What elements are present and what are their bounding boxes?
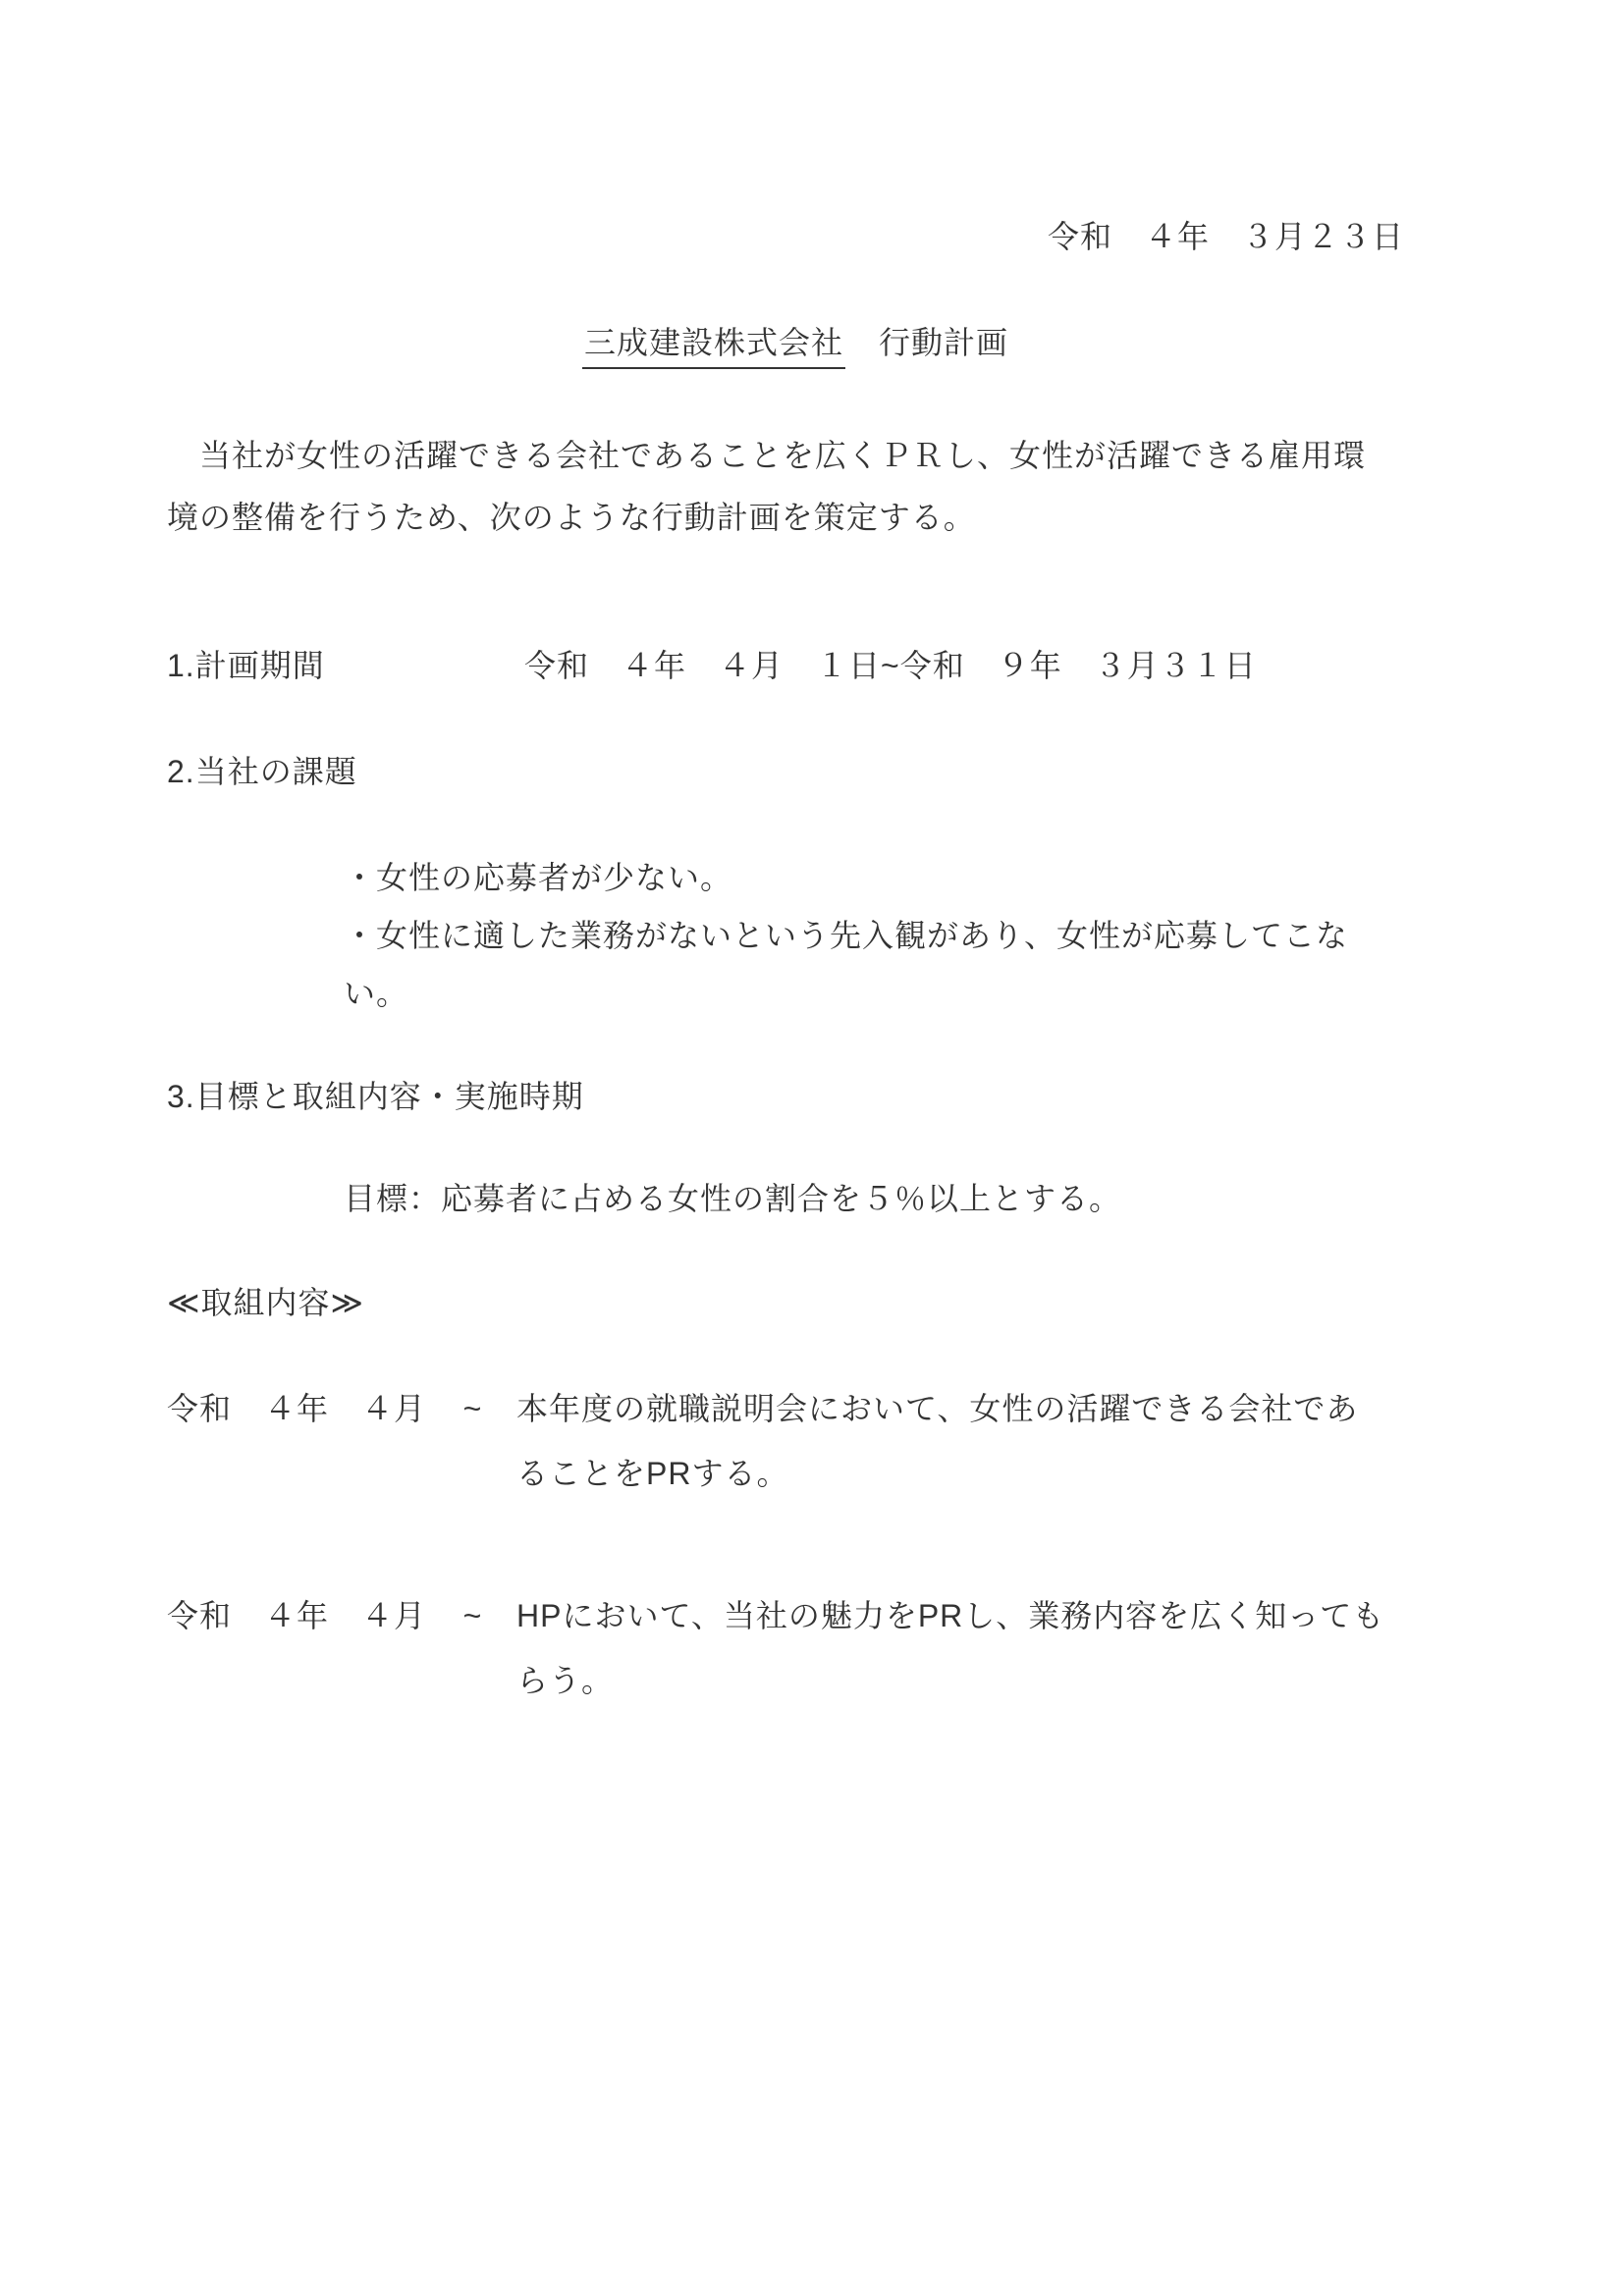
section-1-label: 1.計画期間 bbox=[167, 641, 524, 686]
section-1-period-value: 令和 ４年 ４月 １日~令和 ９年 ３月３１日 bbox=[524, 641, 1257, 686]
initiative-1-tilde: ~ bbox=[429, 1376, 516, 1441]
intro-line-2: 境の整備を行うため、次のような行動計画を策定する。 bbox=[167, 487, 1434, 549]
initiative-1-line-1: 本年度の就職説明会において、女性の活躍できる会社であ bbox=[516, 1376, 1443, 1441]
initiatives-header: ≪取組内容≫ bbox=[167, 1278, 952, 1323]
intro-line-1: 当社が女性の活躍できる会社であることを広くＰＲし、女性が活躍できる雇用環 bbox=[167, 425, 1434, 487]
document-date: 令和 ４年 ３月２３日 bbox=[167, 212, 1404, 257]
issue-bullet-1: ・女性の応募者が少ない。 bbox=[344, 849, 1404, 907]
section-3-goals: 3.目標と取組内容・実施時期 bbox=[167, 1072, 1434, 1117]
initiative-row-2: 令和 ４年 ４月 ~ HPにおいて、当社の魅力をPRし、業務内容を広く知っても … bbox=[167, 1583, 1443, 1713]
initiative-1-line-2: ることをPRする。 bbox=[516, 1441, 1443, 1506]
document-subtitle: 行動計画 bbox=[879, 318, 1008, 363]
company-name: 三成建設株式会社 bbox=[582, 318, 845, 369]
intro-paragraph: 当社が女性の活躍できる会社であることを広くＰＲし、女性が活躍できる雇用環 境の整… bbox=[167, 425, 1434, 549]
initiative-2-date: 令和 ４年 ４月 bbox=[167, 1583, 429, 1648]
section-3-label: 3.目標と取組内容・実施時期 bbox=[167, 1072, 584, 1117]
section-2-label: 2.当社の課題 bbox=[167, 747, 357, 792]
issues-bullet-list: ・女性の応募者が少ない。 ・女性に適した業務がないという先入観があり、女性が応募… bbox=[344, 849, 1404, 1023]
initiative-2-line-1: HPにおいて、当社の魅力をPRし、業務内容を広く知っても bbox=[516, 1583, 1443, 1648]
goal-statement: 目標：応募者に占める女性の割合を５％以上とする。 bbox=[344, 1174, 1424, 1219]
document-page: 令和 ４年 ３月２３日 三成建設株式会社行動計画 当社が女性の活躍できる会社であ… bbox=[0, 0, 1624, 2296]
initiative-row-1: 令和 ４年 ４月 ~ 本年度の就職説明会において、女性の活躍できる会社であ るこ… bbox=[167, 1376, 1443, 1506]
issue-bullet-2-line-2: い。 bbox=[344, 965, 1404, 1023]
initiative-2-content: HPにおいて、当社の魅力をPRし、業務内容を広く知っても らう。 bbox=[516, 1583, 1443, 1713]
document-title: 三成建設株式会社行動計画 bbox=[167, 318, 1424, 369]
section-1-plan-period: 1.計画期間 令和 ４年 ４月 １日~令和 ９年 ３月３１日 bbox=[167, 641, 1434, 686]
initiative-2-tilde: ~ bbox=[429, 1583, 516, 1648]
section-2-issues: 2.当社の課題 bbox=[167, 747, 1434, 792]
initiative-1-date: 令和 ４年 ４月 bbox=[167, 1376, 429, 1441]
initiative-2-line-2: らう。 bbox=[516, 1648, 1443, 1713]
issue-bullet-2-line-1: ・女性に適した業務がないという先入観があり、女性が応募してこな bbox=[344, 907, 1404, 965]
initiative-1-content: 本年度の就職説明会において、女性の活躍できる会社であ ることをPRする。 bbox=[516, 1376, 1443, 1506]
